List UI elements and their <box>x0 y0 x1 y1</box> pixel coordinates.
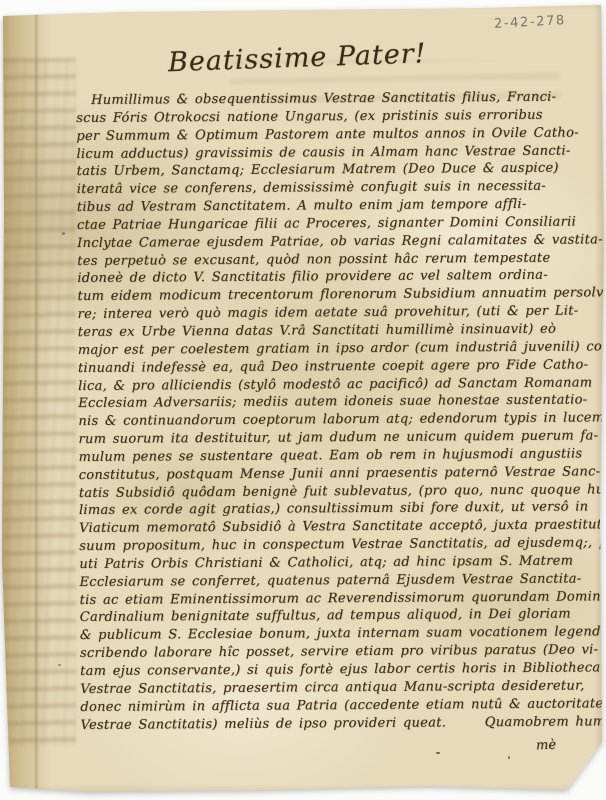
ink-speck <box>436 752 440 754</box>
manuscript-page: 2-42-278 Beatissime Pater! Humillimus & … <box>0 0 606 800</box>
manuscript-page-wrapper: 2-42-278 Beatissime Pater! Humillimus & … <box>0 0 606 800</box>
catchword: mè <box>536 738 557 754</box>
manuscript-text-line: Vestrae Sanctitatis) meliùs de ipso prov… <box>80 713 596 734</box>
archival-number-pencil: 2-42-278 <box>494 13 566 32</box>
verso-show-through-left-margin <box>2 58 76 746</box>
ink-speck <box>62 232 65 235</box>
ink-speck <box>508 756 510 759</box>
letter-body: Humillimus & obsequentissimus Vestrae Sa… <box>76 88 596 734</box>
ink-speck <box>58 664 61 666</box>
